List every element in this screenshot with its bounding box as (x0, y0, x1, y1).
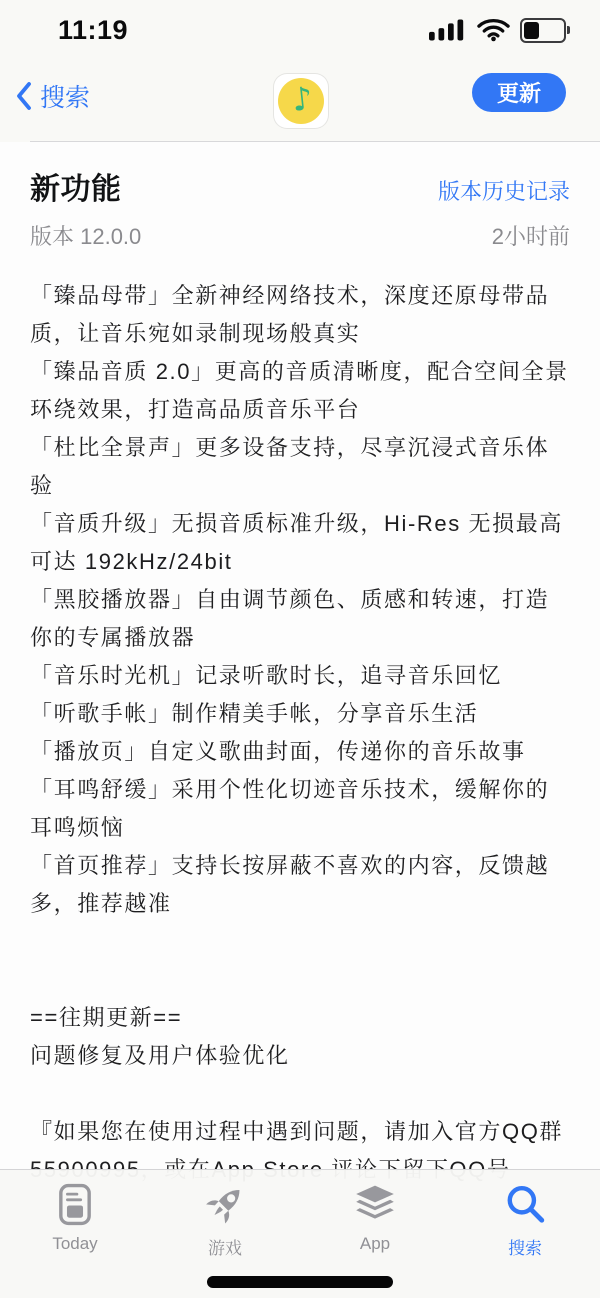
back-button[interactable]: 搜索 (16, 78, 90, 114)
release-notes: 「臻品母带」全新神经网络技术，深度还原母带品质，让音乐宛如录制现场般真实 「臻品… (30, 277, 570, 1189)
navigation-bar: 搜索 ♪ 更新 (0, 60, 600, 142)
status-bar: 11:19 (0, 0, 600, 60)
music-note-icon: ♪ (290, 82, 314, 116)
update-button[interactable]: 更新 (472, 73, 566, 112)
battery-icon (520, 18, 566, 43)
clock: 11:19 (58, 15, 128, 46)
rocket-icon (202, 1182, 248, 1227)
tab-apps-label: App (360, 1234, 390, 1254)
tab-search-label: 搜索 (508, 1234, 542, 1259)
whats-new-section: 新功能 版本历史记录 版本 12.0.0 2小时前 「臻品母带」全新神经网络技术… (0, 142, 600, 1298)
tab-search[interactable]: 搜索 (450, 1170, 600, 1298)
qq-music-app-icon: ♪ (274, 74, 328, 128)
version-history-link[interactable]: 版本历史记录 (438, 175, 570, 206)
version-label: 版本 12.0.0 (30, 220, 141, 251)
back-button-label: 搜索 (40, 78, 90, 114)
page-title: 新功能 (30, 164, 122, 208)
updated-time: 2小时前 (492, 220, 570, 251)
apps-stack-icon (352, 1182, 398, 1227)
tab-games-label: 游戏 (208, 1234, 242, 1259)
wifi-icon (477, 18, 510, 42)
cellular-signal-icon (429, 18, 467, 42)
status-icons (429, 18, 566, 43)
today-icon (58, 1182, 92, 1227)
tab-today-label: Today (52, 1234, 97, 1254)
chevron-left-icon (16, 82, 32, 110)
tab-today[interactable]: Today (0, 1170, 150, 1298)
qq-music-disc: ♪ (278, 78, 324, 124)
search-icon (504, 1182, 546, 1227)
nav-separator (30, 141, 600, 142)
home-indicator[interactable] (207, 1276, 393, 1288)
